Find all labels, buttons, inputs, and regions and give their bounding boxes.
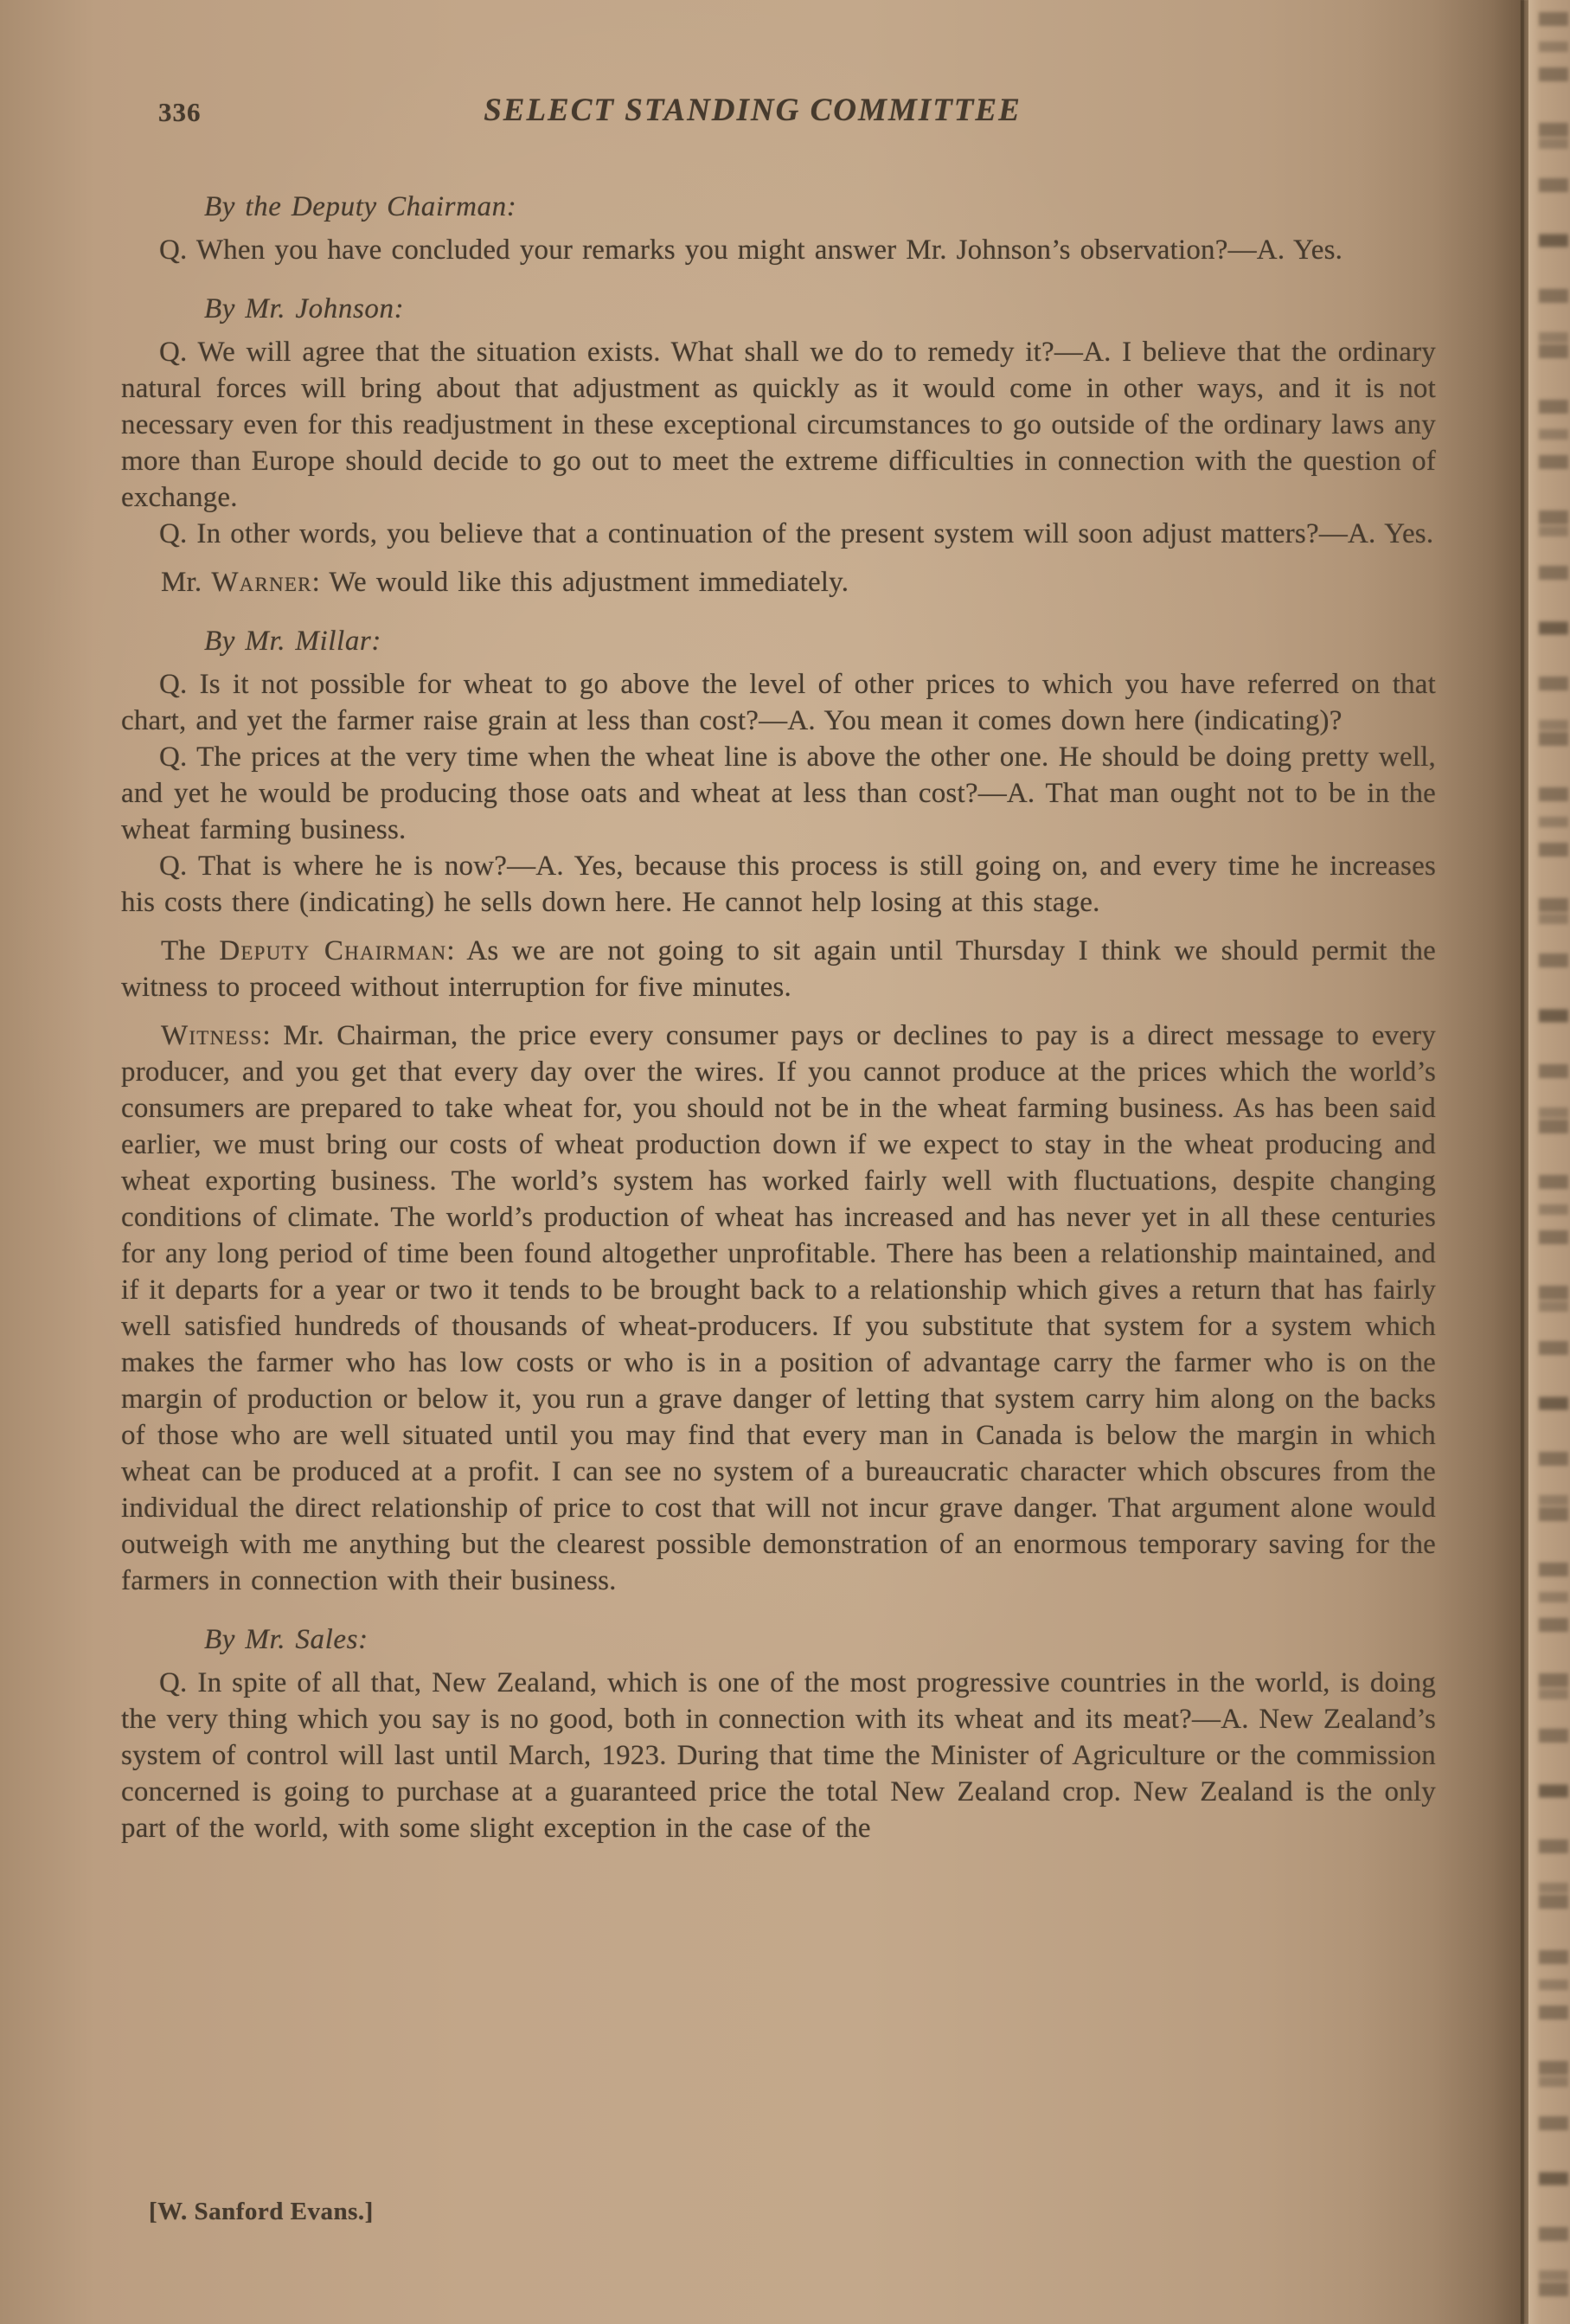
text-segment: Q. In spite of all that, New Zealand, wh… (121, 1667, 1436, 1844)
adjacent-page-edge (1528, 0, 1570, 2324)
text-segment: Q. We will agree that the situation exis… (121, 337, 1436, 513)
speech-paragraph: Witness: Mr. Chairman, the price every c… (121, 1018, 1436, 1599)
qa-paragraph: Q. When you have concluded your remarks … (121, 232, 1436, 268)
running-header: SELECT STANDING COMMITTEE (121, 92, 1384, 129)
byline-heading: By Mr. Sales: (121, 1621, 1436, 1658)
text-segment: Q. In other words, you believe that a co… (159, 518, 1433, 549)
qa-paragraph: Q. In other words, you believe that a co… (121, 516, 1436, 552)
adjacent-page-ghost-text (1539, 12, 1568, 2317)
qa-paragraph: Q. We will agree that the situation exis… (121, 334, 1436, 516)
witness-signature-footer: [W. Sanford Evans.] (149, 2198, 374, 2226)
text-segment: Q. The prices at the very time when the … (121, 741, 1436, 845)
byline-heading: By the Deputy Chairman: (121, 189, 1436, 225)
text-segment: Q. Is it not possible for wheat to go ab… (121, 669, 1436, 736)
text-segment: : Mr. Chairman, the price every consumer… (121, 1020, 1436, 1596)
text-segment: Q. When you have concluded your remarks … (159, 234, 1343, 266)
text-segment: The (161, 935, 219, 966)
qa-paragraph: Q. The prices at the very time when the … (121, 739, 1436, 848)
book-gutter-line (1521, 0, 1528, 2324)
text-segment: By Mr. Johnson: (204, 293, 404, 324)
qa-paragraph: Q. Is it not possible for wheat to go ab… (121, 666, 1436, 739)
speech-paragraph: The Deputy Chairman: As we are not going… (121, 933, 1436, 1005)
text-segment: By Mr. Sales: (204, 1624, 368, 1655)
speaker-name: Deputy Chairman (219, 935, 446, 966)
byline-heading: By Mr. Millar: (121, 623, 1436, 659)
speech-paragraph: Mr. Warner: We would like this adjustmen… (121, 564, 1436, 600)
qa-paragraph: Q. That is where he is now?—A. Yes, beca… (121, 848, 1436, 921)
speaker-name: Witness (161, 1020, 263, 1051)
text-segment: : We would like this adjustment immediat… (312, 567, 849, 598)
text-segment: By Mr. Millar: (204, 626, 381, 657)
testimony-text-block: By the Deputy Chairman:Q. When you have … (121, 166, 1436, 1846)
speaker-name: Warner (211, 567, 311, 598)
byline-heading: By Mr. Johnson: (121, 291, 1436, 327)
text-segment: Mr. (161, 567, 211, 598)
text-segment: Q. That is where he is now?—A. Yes, beca… (121, 851, 1436, 918)
text-segment: By the Deputy Chairman: (204, 191, 516, 222)
qa-paragraph: Q. In spite of all that, New Zealand, wh… (121, 1665, 1436, 1846)
